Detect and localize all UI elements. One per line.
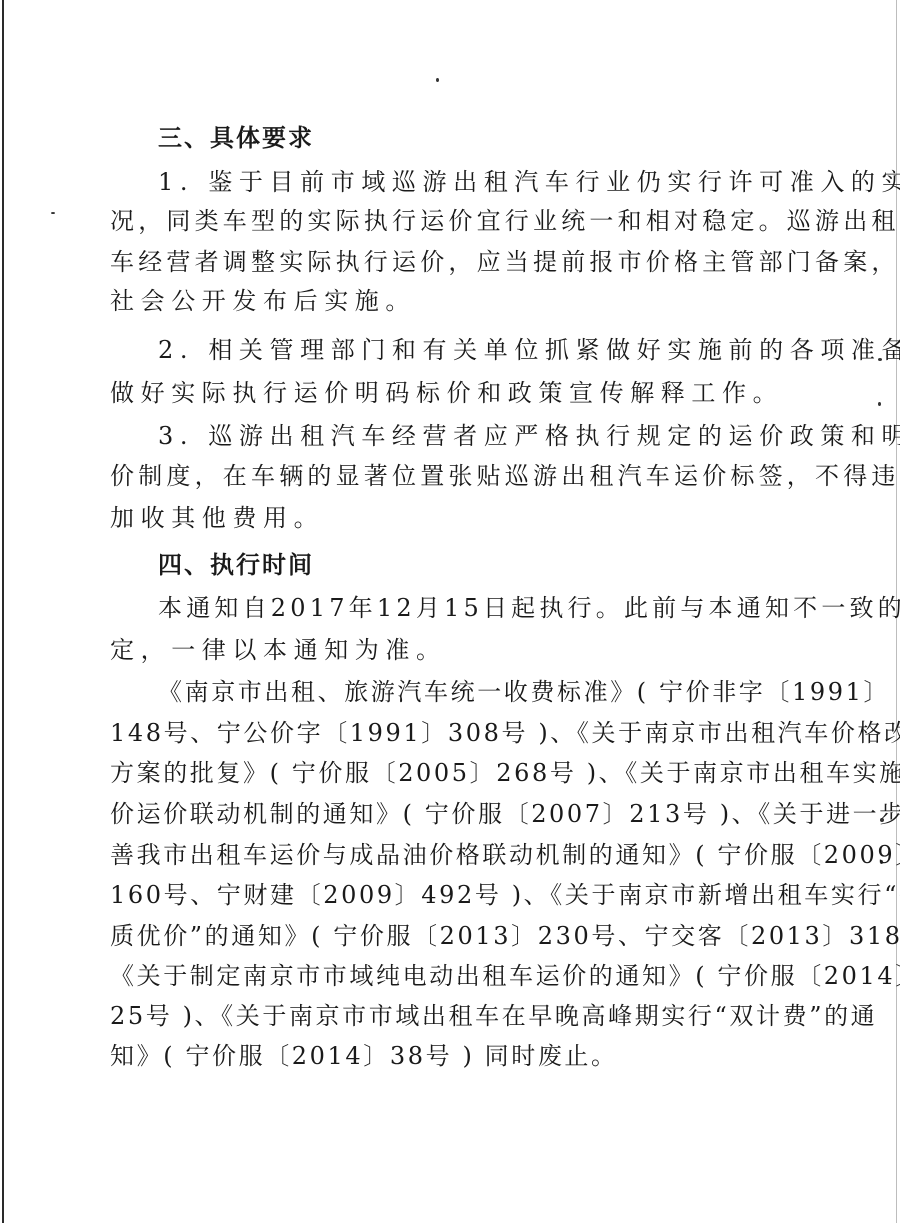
- paragraph-line: 车经营者调整实际执行运价，应当提前报市价格主管部门备案，向: [110, 247, 900, 277]
- paragraph-line: 3. 巡游出租汽车经营者应严格执行规定的运价政策和明码标: [158, 421, 900, 451]
- paragraph-line: 价制度，在车辆的显著位置张贴巡游出租汽车运价标签，不得违规: [110, 461, 900, 491]
- paragraph-line: 方案的批复》( 宁价服〔2005〕268号 )、《关于南京市出租车实施油: [110, 758, 900, 788]
- paragraph-line: 做好实际执行运价明码标价和政策宣传解释工作。: [110, 378, 783, 408]
- scan-speck: [436, 78, 439, 82]
- paragraph-line: 价运价联动机制的通知》( 宁价服〔2007〕213号 )、《关于进一步完: [110, 799, 900, 829]
- paragraph-line: 社会公开发布后实施。: [110, 286, 416, 316]
- scan-speck: [51, 212, 55, 214]
- paragraph-line: 160号、宁财建〔2009〕492号 )、《关于南京市新增出租车实行“优: [110, 880, 900, 910]
- paragraph-line: 1. 鉴于目前市域巡游出租汽车行业仍实行许可准入的实际情: [158, 167, 900, 197]
- paragraph-line: 况，同类车型的实际执行运价宜行业统一和相对稳定。巡游出租汽: [110, 206, 900, 236]
- paragraph-line: 善我市出租车运价与成品油价格联动机制的通知》( 宁价服〔2009〕: [110, 840, 900, 870]
- paragraph-line: 本通知自2017年12月15日起执行。此前与本通知不一致的规: [158, 593, 900, 623]
- section-heading-requirements: 三、具体要求: [158, 123, 314, 153]
- paragraph-line: 《关于制定南京市市域纯电动出租车运价的通知》( 宁价服〔2014〕: [110, 961, 900, 991]
- paragraph-line: 质优价”的通知》( 宁价服〔2013〕230号、宁交客〔2013〕318号 )、: [110, 921, 900, 951]
- paragraph-line: 知》( 宁价服〔2014〕38号 ) 同时废止。: [110, 1041, 618, 1071]
- paragraph-line: 定，一律以本通知为准。: [110, 635, 447, 665]
- paragraph-line: 加收其他费用。: [110, 503, 324, 533]
- paragraph-line: 2. 相关管理部门和有关单位抓紧做好实施前的各项准备工作，: [158, 335, 900, 365]
- paragraph-line: 25号 )、《关于南京市市域出租车在早晚高峰期实行“双计费”的通: [110, 1001, 877, 1031]
- section-heading-effective-time: 四、执行时间: [158, 550, 314, 580]
- scan-border-left: [2, 0, 4, 1223]
- paragraph-line: 148号、宁公价字〔1991〕308号 )、《关于南京市出租汽车价格改革: [110, 718, 900, 748]
- scan-speck: [878, 402, 881, 406]
- paragraph-line: 《南京市出租、旅游汽车统一收费标准》( 宁价非字〔1991〕: [158, 677, 890, 707]
